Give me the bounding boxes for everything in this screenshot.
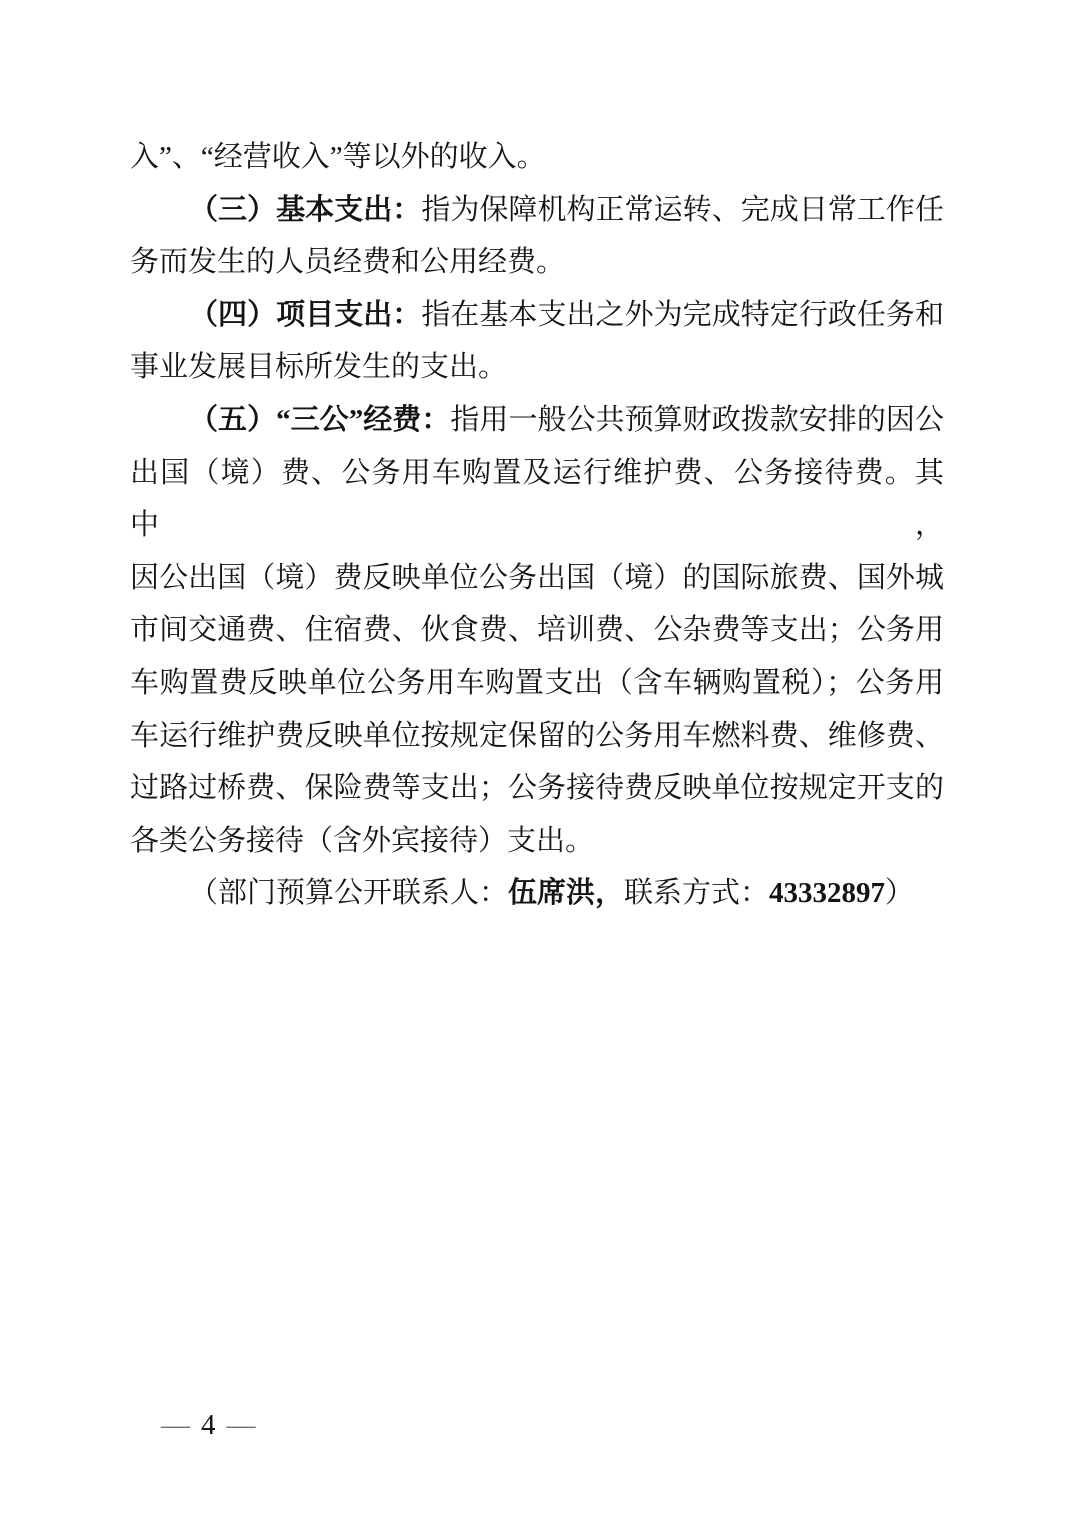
text-block: 入”、“经营收入”等以外的收入。（三）基本支出：指为保障机构正常运转、完成日常工…: [130, 131, 944, 920]
text-line: 各类公务接待（含外宾接待）支出。: [130, 815, 944, 868]
bold-text-run: （三）基本支出：: [189, 194, 421, 226]
text-run: 各类公务接待（含外宾接待）支出。: [130, 825, 594, 857]
text-run: 过路过桥费、保险费等支出；公务接待费反映单位按规定开支的: [130, 772, 944, 804]
text-line: （三）基本支出：指为保障机构正常运转、完成日常工作任: [130, 184, 944, 237]
text-run: 出国（境）费、公务用车购置及运行维护费、公务接待费。其中，: [130, 457, 944, 542]
text-run: 联系方式：: [624, 877, 769, 909]
text-line: 过路过桥费、保险费等支出；公务接待费反映单位按规定开支的: [130, 762, 944, 815]
page-number: 4: [192, 1409, 227, 1441]
text-line: 出国（境）费、公务用车购置及运行维护费、公务接待费。其中，: [130, 447, 944, 552]
document-page: 入”、“经营收入”等以外的收入。（三）基本支出：指为保障机构正常运转、完成日常工…: [0, 0, 1074, 1520]
text-run: 入”、“经营收入”等以外的收入。: [130, 141, 546, 173]
bold-text-run: 伍席洪，: [508, 877, 624, 909]
text-run: 车运行维护费反映单位按规定保留的公务用车燃料费、维修费、: [130, 720, 944, 752]
page-footer: —4—: [161, 1405, 258, 1445]
text-line: 入”、“经营收入”等以外的收入。: [130, 131, 944, 184]
text-line: 车购置费反映单位公务用车购置支出（含车辆购置税）；公务用: [130, 657, 944, 710]
text-run: 车购置费反映单位公务用车购置支出（含车辆购置税）；公务用: [130, 667, 944, 699]
text-run: 事业发展目标所发生的支出。: [130, 351, 507, 383]
footer-left-dash: —: [161, 1409, 192, 1441]
text-run: 指在基本支出之外为完成特定行政任务和: [421, 299, 944, 331]
text-line: （四）项目支出：指在基本支出之外为完成特定行政任务和: [130, 289, 944, 342]
bold-text-run: 43332897: [769, 877, 885, 909]
text-line: 因公出国（境）费反映单位公务出国（境）的国际旅费、国外城: [130, 552, 944, 605]
bold-text-run: （四）项目支出：: [189, 299, 421, 331]
text-line: （部门预算公开联系人：伍席洪，联系方式：43332897）: [130, 867, 944, 920]
footer-right-dash: —: [227, 1409, 258, 1441]
bold-text-run: （五）“三公”经费：: [189, 404, 450, 436]
text-line: 务而发生的人员经费和公用经费。: [130, 236, 944, 289]
text-run: （部门预算公开联系人：: [189, 877, 508, 909]
text-line: 市间交通费、住宿费、伙食费、培训费、公杂费等支出；公务用: [130, 604, 944, 657]
text-run: 因公出国（境）费反映单位公务出国（境）的国际旅费、国外城: [130, 562, 944, 594]
text-line: 车运行维护费反映单位按规定保留的公务用车燃料费、维修费、: [130, 710, 944, 763]
text-run: 指为保障机构正常运转、完成日常工作任: [421, 194, 944, 226]
text-run: 指用一般公共预算财政拨款安排的因公: [450, 404, 944, 436]
text-line: 事业发展目标所发生的支出。: [130, 341, 944, 394]
text-run: 市间交通费、住宿费、伙食费、培训费、公杂费等支出；公务用: [130, 614, 944, 646]
text-run: ）: [885, 877, 914, 909]
text-run: 务而发生的人员经费和公用经费。: [130, 246, 565, 278]
text-line: （五）“三公”经费：指用一般公共预算财政拨款安排的因公: [130, 394, 944, 447]
